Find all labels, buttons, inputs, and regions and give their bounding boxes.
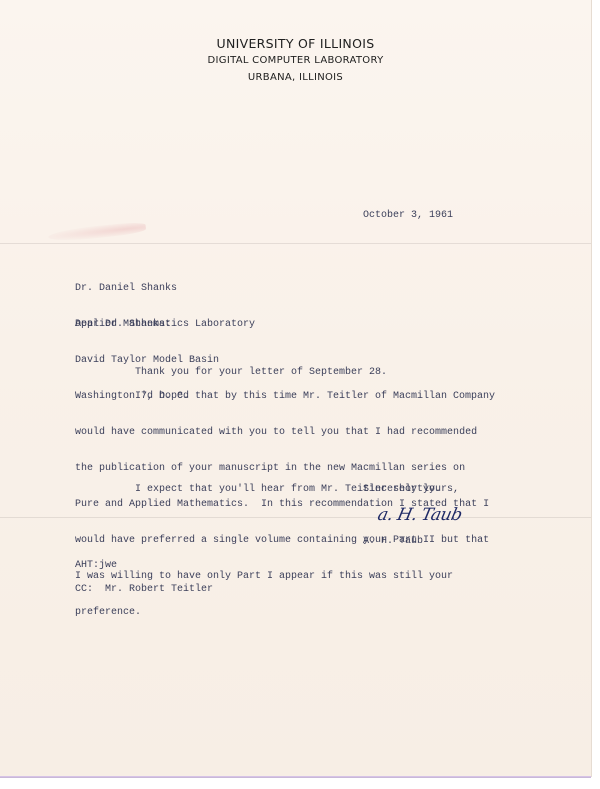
paragraph-line: I was willing to have only Part I appear… (75, 571, 495, 583)
closing: Sincerely yours, (363, 484, 459, 496)
fold-line (0, 243, 591, 244)
letterhead-department: DIGITAL COMPUTER LABORATORY (0, 55, 591, 66)
reference-initials: AHT:jwe (75, 560, 117, 572)
signer-name: A. H. Taub (363, 536, 423, 548)
carbon-copy: CC: Mr. Robert Teitler (75, 584, 213, 596)
salutation: Dear Dr. Shanks: (75, 319, 171, 331)
recipient-name: Dr. Daniel Shanks (75, 283, 255, 295)
handwritten-signature: a. H. Taub (376, 505, 464, 525)
letter-date: October 3, 1961 (363, 210, 453, 222)
letterhead-location: URBANA, ILLINOIS (0, 72, 591, 83)
paragraph-line: preference. (75, 607, 495, 619)
paragraph-line: would have preferred a single volume con… (75, 535, 495, 547)
letterhead-institution: UNIVERSITY OF ILLINOIS (0, 36, 591, 51)
paragraph-line: would have communicated with you to tell… (75, 427, 495, 439)
paragraph-line: I'd hoped that by this time Mr. Teitler … (75, 391, 495, 403)
letter-page: UNIVERSITY OF ILLINOIS DIGITAL COMPUTER … (0, 0, 591, 777)
paper-stain (48, 221, 147, 243)
